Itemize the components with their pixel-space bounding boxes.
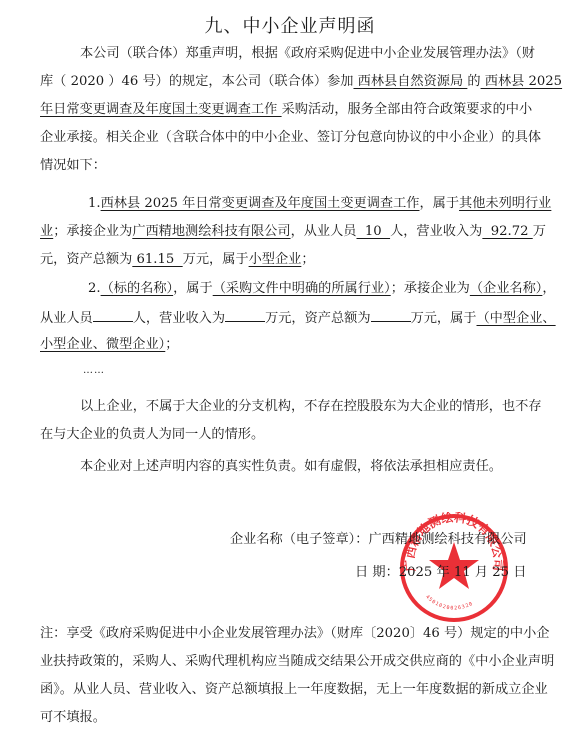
item1-revenue: 92.72 <box>482 224 532 239</box>
item2-enterprise-type: （中型企业、 <box>477 311 556 326</box>
text: 万元，属于 <box>183 252 249 267</box>
text: 万 <box>533 224 546 239</box>
text: 人，营业收入为 <box>133 311 225 326</box>
intro-line-3: 年日常变更调查及年度国土变更调查工作 采购活动，服务全部由符合政策要求的中小 <box>40 101 540 119</box>
svg-text:4501020026320: 4501020026320 <box>424 594 474 612</box>
text: ， <box>542 281 555 296</box>
intro-text: 的 <box>467 74 480 89</box>
text: ；承接企业为 <box>391 281 470 296</box>
item2-line-2: 从业人员人，营业收入为万元，资产总额为万元，属于（中型企业、 <box>40 308 540 328</box>
date-line: 日 期：2025 年 11 月 25 日 <box>355 561 526 580</box>
text: 万元，属于 <box>411 311 477 326</box>
item2-revenue-blank <box>225 308 265 322</box>
text: ，属于 <box>173 281 213 296</box>
item1-line-2: 业；承接企业为广西精地测绘科技有限公司，从业人员 10 人，营业收入为 92.7… <box>40 223 540 241</box>
date-value: 2025 年 11 月 25 日 <box>399 565 527 580</box>
date-label: 日 期： <box>355 565 399 580</box>
item1-line-1: 1.西林县 2025 年日常变更调查及年度国土变更调查工作，属于其他未列明行业 <box>88 195 580 213</box>
item1-enterprise-type: 小型企业 <box>249 252 302 267</box>
item1-staff: 10 <box>357 224 391 239</box>
item2-assets-blank <box>371 308 411 322</box>
item1-subject: 西林县 2025 年日常变更调查及年度国土变更调查工作 <box>101 196 420 211</box>
item-number: 2. <box>88 281 101 296</box>
page-title: 九、中小企业声明函 <box>0 12 580 38</box>
note-line-1: 注：享受《政府采购促进中小企业发展管理办法》（财库〔2020〕46 号）规定的中… <box>40 625 540 643</box>
intro-line-4: 企业承接。相关企业（含联合体中的中小企业、签订分包意向协议的中小企业）的具体 <box>40 129 540 147</box>
purchaser-name: 西林县自然资源局 <box>353 74 467 89</box>
note-line-2: 业扶持政策的，采购人、采购代理机构应当随成交结果公开成交供应商的《中小企业声明 <box>40 653 540 671</box>
item2-staff-blank <box>93 308 133 322</box>
ellipsis: …… <box>83 365 105 376</box>
text: ；承接企业为 <box>53 224 132 239</box>
branch-line-1: 以上企业，不属于大企业的分支机构，不存在控股股东为大企业的情形，也不存 <box>80 398 550 416</box>
item1-assets: 61.15 <box>132 252 182 267</box>
truth-statement: 本企业对上述声明内容的真实性负责。如有虚假，将依法承担相应责任。 <box>80 458 550 476</box>
text: ； <box>165 337 178 352</box>
intro-text: 本公司（联合体）郑重声明，根据《政府采购促进中小企业发展管理办法》（财 <box>80 46 535 61</box>
item2-line-1: 2.（标的名称），属于（采购文件中明确的所属行业）；承接企业为（企业名称）， <box>88 280 580 298</box>
text: ，属于 <box>419 196 459 211</box>
item1-industry-cont: 业 <box>40 224 53 239</box>
text: 元，资产总额为 <box>40 252 132 267</box>
intro-line-1: 本公司（联合体）郑重声明，根据《政府采购促进中小企业发展管理办法》（财 <box>80 45 550 63</box>
signature-line: 企业名称（电子签章）：广西精地测绘科技有限公司 <box>230 528 527 547</box>
item1-contractor: 广西精地测绘科技有限公司 <box>132 224 290 239</box>
note-line-3: 函》。从业人员、营业收入、资产总额填报上一年度数据，无上一年度数据的新成立企业 <box>40 681 540 699</box>
text: 万元，资产总额为 <box>265 311 371 326</box>
item2-contractor: （企业名称） <box>470 281 543 296</box>
item2-enterprise-type-cont: 小型企业、微型企业） <box>40 337 165 352</box>
item-number: 1. <box>88 196 101 211</box>
text: 人，营业收入为 <box>390 224 482 239</box>
text: 从业人员 <box>40 311 93 326</box>
intro-line-2: 库（ 2020 ）46 号）的规定，本公司（联合体）参加 西林县自然资源局 的 … <box>40 73 540 91</box>
note-line-4: 可不填报。 <box>40 709 540 727</box>
project-name-cont: 年日常变更调查及年度国土变更调查工作 <box>40 102 282 117</box>
item2-subject: （标的名称） <box>101 281 174 296</box>
text: ； <box>301 252 314 267</box>
branch-line-2: 在与大企业的负责人为同一人的情形。 <box>40 426 540 444</box>
intro-text: 采购活动，服务全部由符合政策要求的中小 <box>282 102 533 117</box>
intro-text: 库（ 2020 ）46 号）的规定，本公司（联合体）参加 <box>40 74 353 89</box>
signature-company: 广西精地测绘科技有限公司 <box>368 532 526 547</box>
item1-line-3: 元，资产总额为 61.15 万元，属于小型企业； <box>40 251 540 269</box>
project-name: 西林县 2025 <box>481 74 563 89</box>
document-page: 九、中小企业声明函 本公司（联合体）郑重声明，根据《政府采购促进中小企业发展管理… <box>0 0 580 739</box>
item1-industry: 其他未列明行业 <box>459 196 551 211</box>
signature-label: 企业名称（电子签章）： <box>230 532 368 547</box>
item2-industry: （采购文件中明确的所属行业） <box>213 281 391 296</box>
item2-line-3: 小型企业、微型企业）； <box>40 336 540 354</box>
intro-line-5: 情况如下： <box>40 157 540 175</box>
text: ，从业人员 <box>291 224 357 239</box>
